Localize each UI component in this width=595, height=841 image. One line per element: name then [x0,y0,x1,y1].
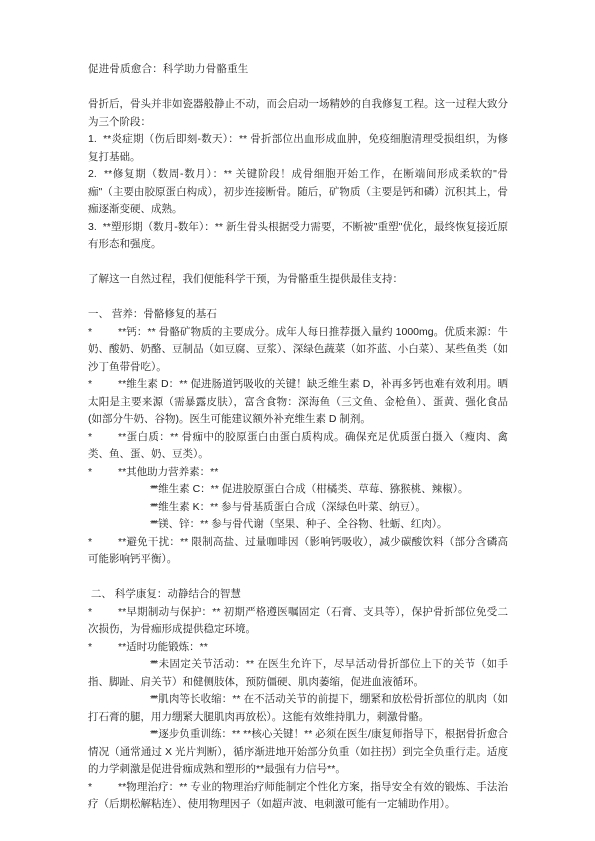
list-item-phase-inflammation: 1. **炎症期（伤后即刻-数天）：** 骨折部位出血形成血肿，免疫细胞清理受损… [88,131,508,166]
bullet-marker: * [120,726,150,744]
bullet-marker: * [88,324,118,342]
bullet-marker: * [120,656,150,674]
list-item-isometric-contraction: ***肌肉等长收缩：** 在不活动关节的前提下，绷紧和放松骨折部位的肌肉（如打石… [88,691,508,726]
list-item-phase-remodeling: 3. **塑形期（数月-数年）：** 新生骨头根据受力需要，不断被"重塑"优化，… [88,219,508,254]
list-item-text: **肌肉等长收缩：** 在不活动关节的前提下，绷紧和放松骨折部位的肌肉（如打石膏… [88,693,508,723]
section-heading-rehab: 二、 科学康复：动静结合的智慧 [88,586,508,604]
section-heading-nutrition: 一、 营养：骨骼修复的基石 [88,306,508,324]
list-item-protein: ***蛋白质：** 骨痂中的胶原蛋白由蛋白质构成。确保充足优质蛋白摄入（瘦肉、禽… [88,429,508,464]
list-item-text: **钙：** 骨骼矿物质的主要成分。成年人每日推荐摄入量约 1000mg。优质来… [88,326,508,373]
bullet-marker: * [88,639,118,657]
list-item-early-immobilization: ***早期制动与保护：** 初期严格遵医嘱固定（石膏、支具等），保护骨折部位免受… [88,604,508,639]
list-item-text: **早期制动与保护：** 初期严格遵医嘱固定（石膏、支具等），保护骨折部位免受二… [88,606,508,636]
list-item-magnesium-zinc: ***镁、锌：** 参与骨代谢（坚果、种子、全谷物、牡蛎、红肉）。 [88,516,508,534]
list-item-joint-mobility: ***未固定关节活动：** 在医生允许下，尽早活动骨折部位上下的关节（如手指、脚… [88,656,508,691]
list-item-text: **镁、锌：** 参与骨代谢（坚果、种子、全谷物、牡蛎、红肉）。 [150,518,448,530]
document-title: 促进骨质愈合：科学助力骨骼重生 [88,61,508,79]
list-item-text: **维生素 C：** 促进胶原蛋白合成（柑橘类、草莓、猕猴桃、辣椒）。 [150,483,469,495]
list-item-text: **适时功能锻炼：** [118,641,208,653]
bullet-marker: * [88,604,118,622]
list-item-phase-repair: 2. **修复期（数周-数月）：** 关键阶段！成骨细胞开始工作，在断端间形成柔… [88,166,508,219]
list-item-avoid-interference: ***避免干扰：** 限制高盐、过量咖啡因（影响钙吸收），减少碳酸饮料（部分含磷… [88,534,508,569]
bullet-marker: * [120,499,150,517]
bullet-marker: * [120,516,150,534]
list-item-text: **维生素 D：** 促进肠道钙吸收的关键！缺乏维生素 D，补再多钙也难有效利用… [88,378,508,425]
list-item-text: **其他助力营养素：** [118,466,218,478]
bullet-marker: * [120,691,150,709]
list-item-vitamin-k: ***维生素 K：** 参与骨基质蛋白合成（深绿色叶菜、纳豆）。 [88,499,508,517]
list-item-text: **未固定关节活动：** 在医生允许下，尽早活动骨折部位上下的关节（如手指、脚趾… [88,658,508,688]
list-item-other-nutrients: ***其他助力营养素：** [88,464,508,482]
list-item-text: **蛋白质：** 骨痂中的胶原蛋白由蛋白质构成。确保充足优质蛋白摄入（瘦肉、禽类… [88,431,508,461]
document-page: 促进骨质愈合：科学助力骨骼重生 骨折后，骨头并非如瓷器般静止不动，而会启动一场精… [0,0,595,841]
list-item-vitamin-d: ***维生素 D：** 促进肠道钙吸收的关键！缺乏维生素 D，补再多钙也难有效利… [88,376,508,429]
list-item-vitamin-c: ***维生素 C：** 促进胶原蛋白合成（柑橘类、草莓、猕猴桃、辣椒）。 [88,481,508,499]
list-item-functional-exercise: ***适时功能锻炼：** [88,639,508,657]
bullet-marker: * [88,534,118,552]
bullet-marker: * [88,429,118,447]
bullet-marker: * [88,376,118,394]
list-item-text: **物理治疗：** 专业的物理治疗师能制定个性化方案，指导安全有效的锻炼、手法治… [88,781,508,811]
bullet-marker: * [120,481,150,499]
list-item-physical-therapy: ***物理治疗：** 专业的物理治疗师能制定个性化方案，指导安全有效的锻炼、手法… [88,779,508,814]
list-item-text: **维生素 K：** 参与骨基质蛋白合成（深绿色叶菜、纳豆）。 [150,501,426,513]
paragraph-intro: 骨折后，骨头并非如瓷器般静止不动，而会启动一场精妙的自我修复工程。这一过程大致分… [88,96,508,131]
list-item-text: **避免干扰：** 限制高盐、过量咖啡因（影响钙吸收），减少碳酸饮料（部分含磷高… [88,536,508,566]
paragraph-transition: 了解这一自然过程，我们便能科学干预，为骨骼重生提供最佳支持： [88,271,508,289]
list-item-text: **逐步负重训练：** **核心关键！** 必须在医生/康复师指导下，根据骨折愈… [88,728,508,775]
list-item-calcium: ***钙：** 骨骼矿物质的主要成分。成年人每日推荐摄入量约 1000mg。优质… [88,324,508,377]
list-item-progressive-weight-bearing: ***逐步负重训练：** **核心关键！** 必须在医生/康复师指导下，根据骨折… [88,726,508,779]
bullet-marker: * [88,464,118,482]
bullet-marker: * [88,779,118,797]
